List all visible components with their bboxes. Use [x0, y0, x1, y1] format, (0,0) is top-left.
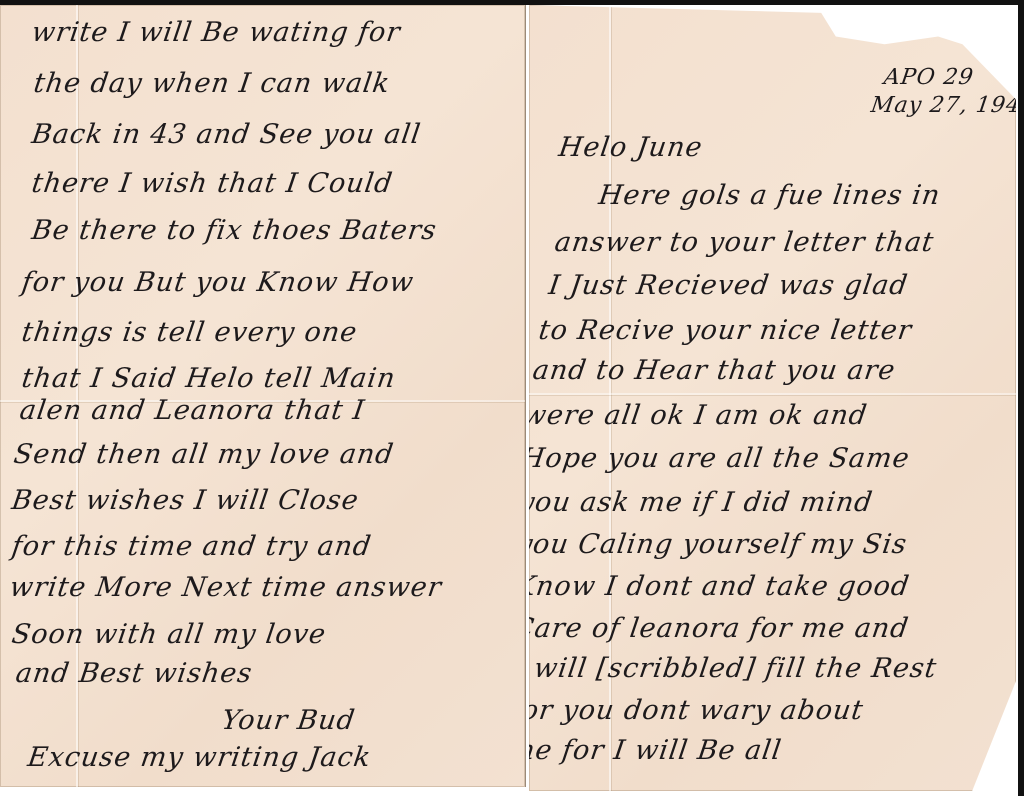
- letter-line: write More Next time answer: [8, 572, 444, 603]
- letter-line: and Best wishes: [14, 658, 255, 689]
- letter-line: me for I will Be all: [507, 735, 784, 766]
- letter-line: were all ok I am ok and: [521, 400, 870, 431]
- letter-line: things is tell every one: [20, 317, 360, 348]
- letter-line: answer to your letter that: [553, 227, 936, 258]
- letter-line: to Recive your nice letter: [537, 315, 914, 346]
- letter-line: I will [scribbled] fill the Rest: [511, 653, 939, 684]
- letter-line: I Just Recieved was glad: [547, 270, 910, 301]
- letter-line: and to Hear that you are: [531, 355, 898, 386]
- fold-crease-horizontal: [529, 393, 1016, 395]
- letter-line: for you But you Know How: [20, 267, 416, 298]
- letter-page-right: APO 29 May 27, 1944 Helo June Here gols …: [529, 5, 1016, 791]
- letter-line: Care of leanora for me and: [511, 613, 911, 644]
- letter-line: Best wishes I will Close: [10, 485, 361, 516]
- letter-line: Back in 43 and See you all: [30, 119, 423, 150]
- letter-line: that I Said Helo tell Main: [20, 363, 398, 394]
- letter-line: Here gols a fue lines in: [597, 180, 943, 211]
- letter-page-left: write I will Be wating for the day when …: [0, 5, 526, 787]
- letter-line: for this time and try and: [10, 531, 374, 562]
- letter-closing: Your Bud: [220, 705, 357, 736]
- letter-line: write I will Be wating for: [30, 17, 403, 48]
- letter-line: you ask me if I did mind: [517, 487, 875, 518]
- letter-line: for you dont wary about: [509, 695, 866, 726]
- letter-line: Soon with all my love: [10, 619, 328, 650]
- letter-date: May 27, 1944: [869, 93, 1024, 118]
- scan-right-edge: [1018, 0, 1024, 796]
- letter-line: alen and Leanora that I: [18, 395, 367, 426]
- letter-line: Be there to fix thoes Baters: [30, 215, 439, 246]
- letter-line: you Caling yourself my Sis: [515, 529, 909, 560]
- letter-line: the day when I can walk: [32, 68, 392, 99]
- letter-line: Send then all my love and: [12, 439, 396, 470]
- letter-line: Know I dont and take good: [513, 571, 912, 602]
- letter-signature: Excuse my writing Jack: [26, 742, 373, 773]
- letter-address: APO 29: [882, 65, 975, 90]
- letter-line: Hope you are all the Same: [519, 443, 912, 474]
- letter-line: there I wish that I Could: [30, 168, 395, 199]
- letter-greeting: Helo June: [557, 132, 705, 163]
